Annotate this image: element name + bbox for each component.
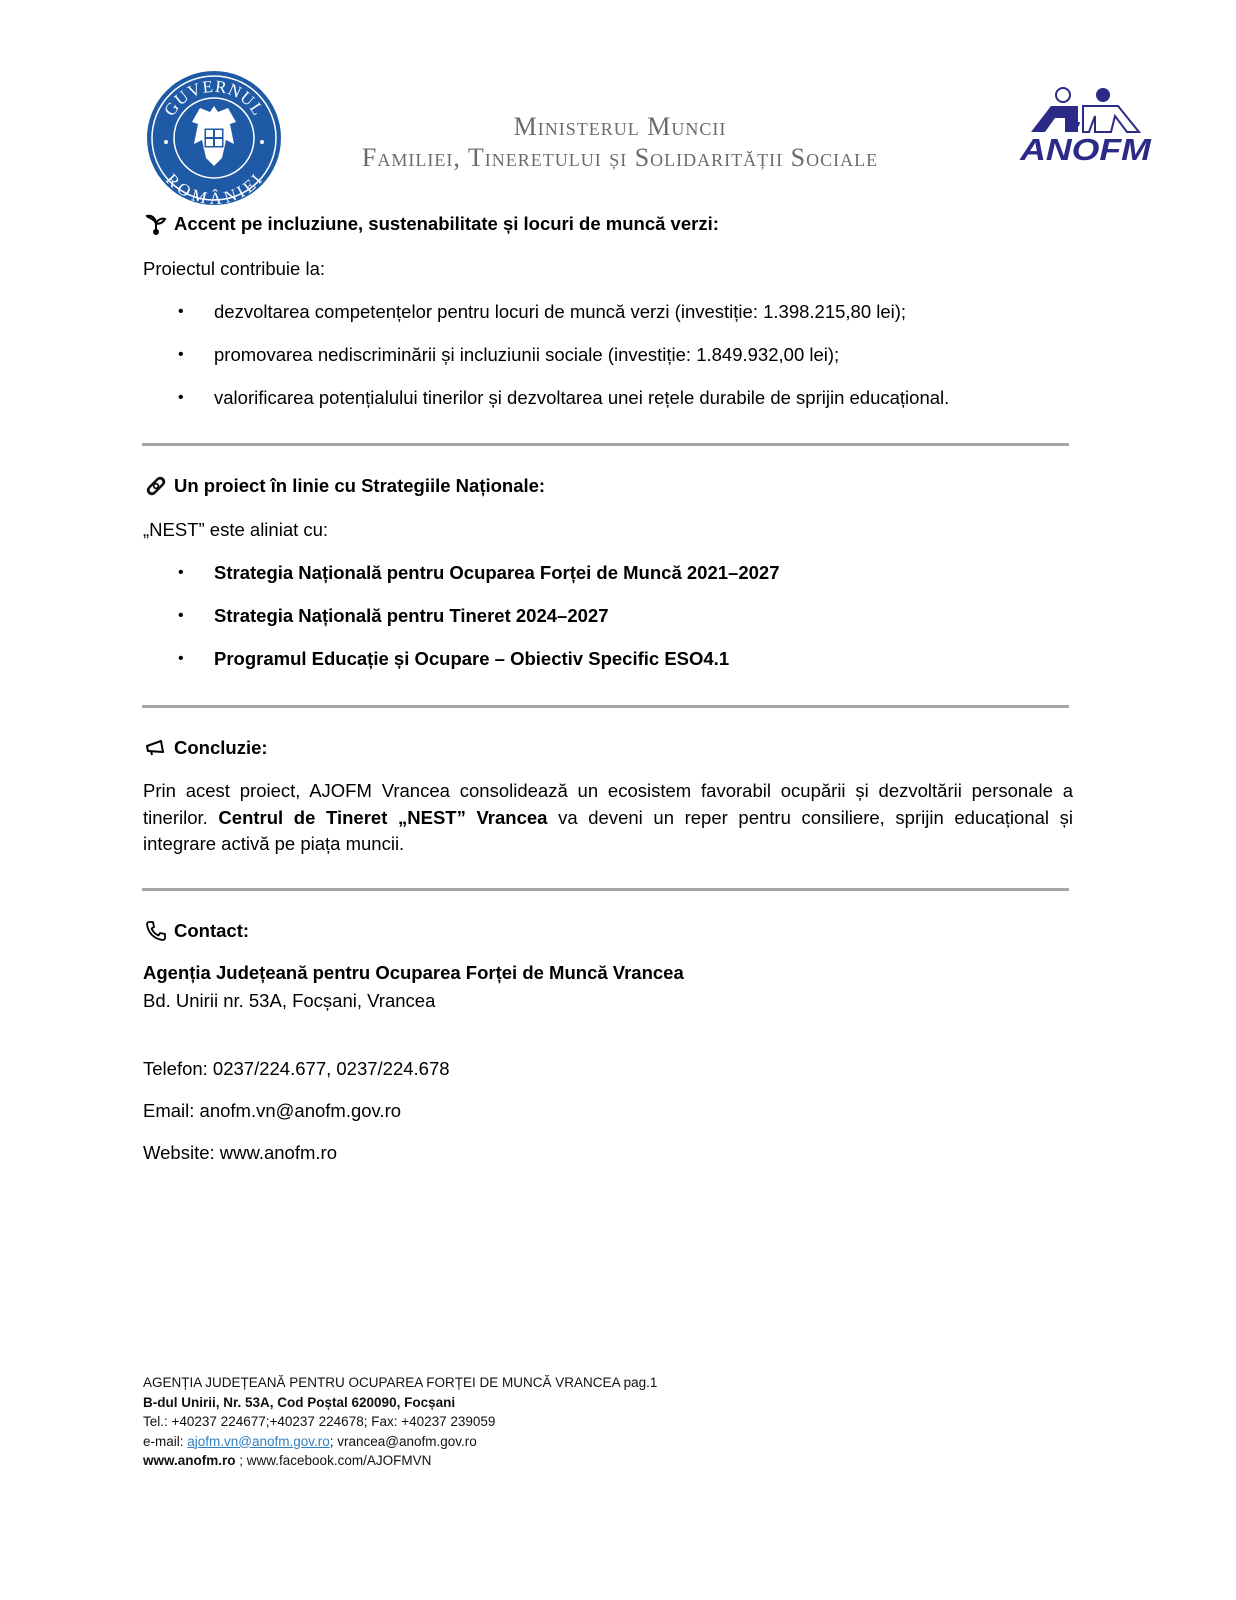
bullet-dot: • [178,562,214,584]
government-of-romania-logo: GUVERNUL ROMÂNIEI [146,70,282,206]
section-contact-heading: Contact: [144,919,249,943]
contact-phone: Telefon: 0237/224.677, 0237/224.678 [143,1058,450,1080]
footer-facebook[interactable]: ; www.facebook.com/AJOFMVN [236,1453,432,1468]
section-strategies-intro: „NEST” este aliniat cu: [143,519,328,541]
section-strategies-title: Un proiect în linie cu Strategiile Națio… [174,475,545,497]
section-strategies-heading: Un proiect în linie cu Strategiile Națio… [144,474,545,498]
anofm-logo: ANOFM [1003,86,1168,166]
contact-website[interactable]: Website: www.anofm.ro [143,1142,337,1164]
footer-agency-line: AGENȚIA JUDEȚEANĂ PENTRU OCUPAREA FORȚEI… [143,1373,657,1393]
seedling-icon [144,212,168,236]
footer-email-link[interactable]: ajofm.vn@anofm.gov.ro [187,1434,330,1449]
bullet-dot: • [178,344,214,366]
contact-organization: Agenția Județeană pentru Ocuparea Forței… [143,962,684,984]
list-item: • valorificarea potențialului tinerilor … [178,387,949,409]
list-item: • promovarea nediscriminării și incluziu… [178,344,839,366]
ministry-name: Ministerul Muncii Familiei, Tineretului … [310,112,930,174]
bullet-dot: • [178,648,214,670]
contact-address: Bd. Unirii nr. 53A, Focșani, Vrancea [143,990,435,1012]
footer-phone-fax: Tel.: +40237 224677;+40237 224678; Fax: … [143,1412,657,1432]
section-contact-title: Contact: [174,920,249,942]
section-inclusion-intro: Proiectul contribuie la: [143,258,325,280]
bullet-dot: • [178,605,214,627]
footer-address: B-dul Unirii, Nr. 53A, Cod Poștal 620090… [143,1393,657,1413]
section-divider [142,443,1069,446]
footer-email-line: e-mail: ajofm.vn@anofm.gov.ro; vrancea@a… [143,1432,657,1452]
list-item: • dezvoltarea competențelor pentru locur… [178,301,906,323]
bullet-dot: • [178,301,214,323]
ministry-line-1: Ministerul Muncii [310,112,930,142]
section-divider [142,705,1069,708]
list-item: • Strategia Națională pentru Tineret 202… [178,605,609,627]
megaphone-icon [144,736,168,760]
list-item: • Programul Educație și Ocupare – Obiect… [178,648,729,670]
page-footer: AGENȚIA JUDEȚEANĂ PENTRU OCUPAREA FORȚEI… [143,1373,657,1471]
footer-web-line: www.anofm.ro ; www.facebook.com/AJOFMVN [143,1451,657,1471]
phone-icon [144,919,168,943]
section-inclusion-heading: Accent pe incluziune, sustenabilitate și… [144,212,719,236]
bullet-dot: • [178,387,214,409]
section-divider [142,888,1069,891]
section-conclusion-heading: Concluzie: [144,736,268,760]
anofm-logo-text: ANOFM [991,132,1181,168]
section-conclusion-title: Concluzie: [174,737,268,759]
ministry-line-2: Familiei, Tineretului și Solidarității S… [310,142,930,174]
contact-email[interactable]: Email: anofm.vn@anofm.gov.ro [143,1100,401,1122]
section-inclusion-title: Accent pe incluziune, sustenabilitate și… [174,213,719,235]
conclusion-paragraph: Prin acest proiect, AJOFM Vrancea consol… [143,778,1073,858]
footer-website[interactable]: www.anofm.ro [143,1453,236,1468]
link-icon [144,474,168,498]
list-item: • Strategia Națională pentru Ocuparea Fo… [178,562,779,584]
nest-center-name: Centrul de Tineret „NEST” Vrancea [218,807,547,828]
